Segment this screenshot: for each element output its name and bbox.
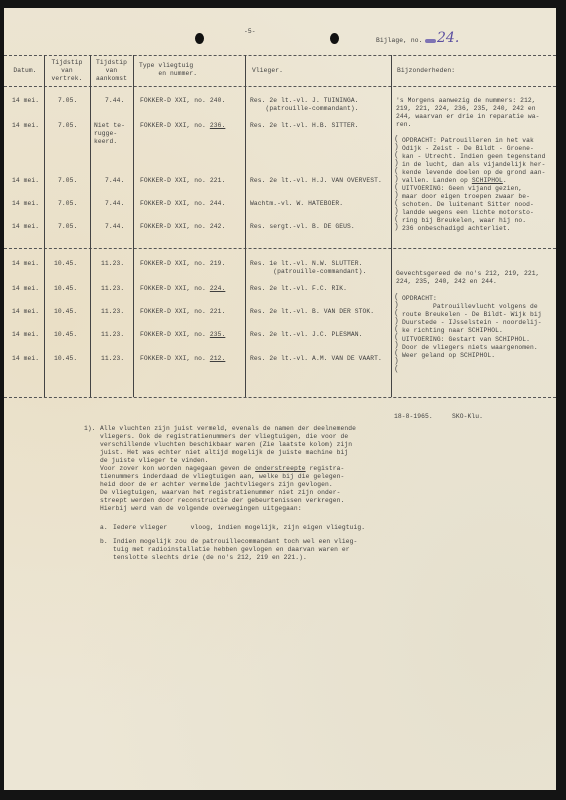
cell-departure: 7.05. [58, 122, 77, 130]
registration-number-underlined: 224. [210, 285, 226, 292]
landing-place: SCHIPHOL [472, 177, 503, 184]
cell-pilot: Res. 2e lt.-vl. H.J. VAN OVERVEST. [250, 177, 382, 185]
cell-date: 14 mei. [12, 260, 39, 268]
cell-date: 14 mei. [12, 285, 39, 293]
cell-arrival: 7.44. [105, 200, 124, 208]
cell-departure: 7.05. [58, 200, 77, 208]
cell-aircraft: FOKKER-D XXI, no. 212. [140, 355, 225, 363]
cell-arrival: 7.44. [105, 97, 124, 105]
column-divider [391, 55, 392, 397]
registration-number-underlined: 236. [210, 122, 226, 129]
cell-pilot: Res. 2e lt.-vl. F.C. RIK. [250, 285, 347, 293]
note-item-b: Indien mogelijk zou de patrouillecommand… [113, 538, 357, 562]
remarks-execution: UITVOERING: Gestart van SCHIPHOL. Door d… [402, 336, 538, 360]
registration-number: 244. [210, 200, 226, 207]
cell-date: 14 mei. [12, 177, 39, 185]
cell-date: 14 mei. [12, 308, 39, 316]
cell-pilot: Res. 1e lt.-vl. N.W. SLUTTER. (patrouill… [250, 260, 366, 276]
brace-icon: ( ) ( ) ( [394, 334, 399, 374]
cell-date: 14 mei. [12, 331, 39, 339]
underlined-term: onderstreepte [255, 465, 305, 472]
cell-date: 14 mei. [12, 200, 39, 208]
table-bottom-rule [4, 397, 556, 398]
brace-icon: ( ) ( ) ( ) [394, 184, 399, 232]
registration-number: 242. [210, 223, 226, 230]
cell-arrival: 11.23. [101, 355, 124, 363]
punch-hole-left [195, 33, 204, 44]
cell-aircraft: FOKKER-D XXI, no. 219. [140, 260, 225, 268]
cell-date: 14 mei. [12, 223, 39, 231]
cell-departure: 10.45. [54, 308, 77, 316]
brace-icon: ( ) ( ) ( [394, 294, 399, 334]
brace-icon: ( ) ( ) ( ) [394, 136, 399, 184]
punch-hole-right [330, 33, 339, 44]
column-divider [44, 55, 45, 397]
cell-pilot: Res. 2e lt.-vl. B. VAN DER STOK. [250, 308, 374, 316]
remarks-intro: Gevechtsgereed de no's 212, 219, 221, 22… [396, 270, 540, 286]
document-page: -5- Bijlage, no. 24. Datum. Tijdstip van… [4, 8, 556, 790]
cell-aircraft: FOKKER-D XXI, no. 224. [140, 285, 225, 293]
annex-label: Bijlage, no. [376, 37, 423, 45]
cell-arrival: 11.23. [101, 331, 124, 339]
remarks-assignment-label: OPDRACHT: [402, 295, 437, 303]
cell-aircraft: FOKKER-D XXI, no. 244. [140, 200, 225, 208]
table-header-rule [4, 86, 556, 87]
cell-departure: 10.45. [54, 260, 77, 268]
cell-arrival: 11.23. [101, 308, 124, 316]
note-item-a: Iedere vlieger vloog, indien mogelijk, z… [113, 524, 365, 532]
cell-aircraft: FOKKER-D XXI, no. 236. [140, 122, 225, 130]
page-number: -5- [244, 28, 256, 36]
cell-arrival: 7.44. [105, 177, 124, 185]
cell-arrival: Niet te- rugge- keerd. [94, 122, 125, 146]
cell-pilot: Wachtm.-vl. W. HATEBOER. [250, 200, 343, 208]
cell-date: 14 mei. [12, 122, 39, 130]
remarks-intro: 's Morgens aanwezig de nummers: 212, 219… [396, 97, 540, 129]
cell-departure: 10.45. [54, 285, 77, 293]
cell-departure: 7.05. [58, 223, 77, 231]
cell-pilot: Res. 2e lt.-vl. J. TUININGA. (patrouille… [250, 97, 359, 113]
col-header-date: Datum. [6, 67, 44, 75]
cell-pilot: Res. 2e lt.-vl. H.B. SITTER. [250, 122, 359, 130]
document-date: 18-8-1965. [394, 413, 433, 421]
cell-departure: 7.05. [58, 177, 77, 185]
registration-number: 240. [210, 97, 226, 104]
cell-aircraft: FOKKER-D XXI, no. 240. [140, 97, 225, 105]
col-header-departure: Tijdstip van vertrek. [44, 59, 90, 83]
remarks-assignment: Patrouillevlucht volgens de route Breuke… [402, 303, 542, 335]
struck-out-number [425, 39, 436, 43]
table-top-rule [4, 55, 556, 56]
column-divider [245, 55, 246, 397]
note-marker: 1). [84, 425, 96, 433]
registration-number-underlined: 212. [210, 355, 226, 362]
column-divider [133, 55, 134, 397]
column-divider [90, 55, 91, 397]
registration-number: 219. [210, 260, 226, 267]
col-header-aircraft: Type vliegtuig en nummer. [139, 62, 197, 78]
cell-pilot: Res. 2e lt.-vl. A.M. VAN DE VAART. [250, 355, 382, 363]
registration-number: 221. [210, 308, 226, 315]
col-header-pilot: Vlieger. [252, 67, 283, 75]
cell-arrival: 11.23. [101, 260, 124, 268]
col-header-arrival: Tijdstip van aankomst [90, 59, 133, 83]
col-header-remarks: Bijzonderheden: [397, 67, 455, 75]
cell-aircraft: FOKKER-D XXI, no. 235. [140, 331, 225, 339]
cell-departure: 10.45. [54, 331, 77, 339]
cell-departure: 7.05. [58, 97, 77, 105]
cell-pilot: Res. 2e lt.-vl. J.C. PLESMAN. [250, 331, 362, 339]
note-item-a-marker: a. [100, 524, 108, 532]
table-group-divider [4, 248, 556, 249]
remarks-assignment: OPDRACHT: Patrouilleren in het vak Odijk… [402, 137, 546, 185]
cell-aircraft: FOKKER-D XXI, no. 221. [140, 177, 225, 185]
remarks-execution: UITVOERING: Geen vijand gezien, maar doo… [402, 185, 534, 233]
registration-number-underlined: 235. [210, 331, 226, 338]
cell-aircraft: FOKKER-D XXI, no. 242. [140, 223, 225, 231]
cell-aircraft: FOKKER-D XXI, no. 221. [140, 308, 225, 316]
registration-number: 221. [210, 177, 226, 184]
note-paragraph: Alle vluchten zijn juist vermeld, evenal… [100, 425, 356, 513]
note-item-b-marker: b. [100, 538, 108, 546]
cell-date: 14 mei. [12, 355, 39, 363]
cell-arrival: 11.23. [101, 285, 124, 293]
cell-departure: 10.45. [54, 355, 77, 363]
annex-number: 24. [437, 30, 459, 46]
cell-arrival: 7.44. [105, 223, 124, 231]
signature: SKO-Klu. [452, 413, 483, 421]
cell-date: 14 mei. [12, 97, 39, 105]
cell-pilot: Res. sergt.-vl. B. DE GEUS. [250, 223, 355, 231]
